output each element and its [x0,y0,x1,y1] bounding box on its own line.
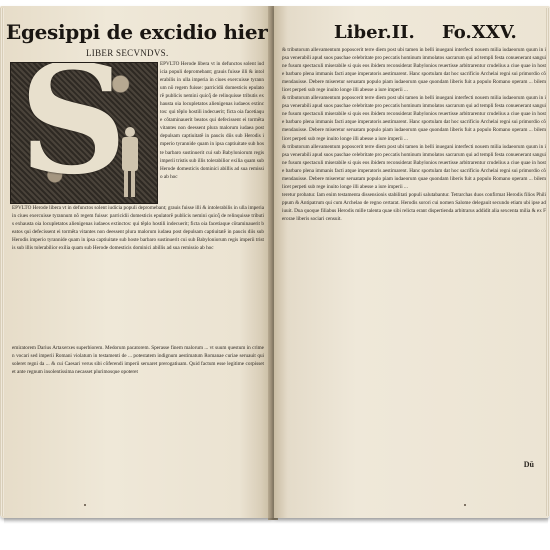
folio-number: Fo.XXV. [442,22,517,43]
standing-figure-illustration [119,127,141,199]
left-closing-text-block: emiratorem Darius Artaxerxes superbiorem… [12,344,264,444]
decorated-initial-woodcut: S [10,62,158,204]
paper-speck [464,504,466,506]
left-page: Egesippi de excidio hierosolymitano. LIB… [0,6,272,518]
book-shadow [4,518,548,524]
right-opening-text: & tributorum allevamentum poposcerit ter… [282,46,546,94]
right-page: Liber.II. Fo.XXV. & tributorum allevamen… [274,6,550,518]
right-repeat-text-2: & tributorum allevamentum poposcerit ter… [282,143,546,191]
paper-speck [84,504,86,506]
page-edges [0,8,4,516]
right-main-text-block: & tributorum allevamentum poposcerit ter… [282,46,546,450]
left-running-head: Egesippi de excidio hierosolymitano. [6,20,272,44]
right-repeat-text: & tributorum allevamentum poposcerit ter… [282,94,546,142]
left-body-text: EPVLTO Herode libera vt in defunctos sol… [12,204,264,252]
initial-letter: S [19,62,127,195]
left-continuing-text: emiratorem Darius Artaxerxes superbiorem… [12,344,264,376]
right-closing-text: teretur probatur. Iam enim testamenta di… [282,191,546,223]
left-opening-text: EPVLTO Herode libera vt in defunctos sol… [160,60,264,181]
open-book: Egesippi de excidio hierosolymitano. LIB… [0,6,550,526]
left-column-beside-initial: EPVLTO Herode libera vt in defunctos sol… [160,60,264,206]
right-running-head-book: Liber.II. [334,22,415,43]
left-main-text-block: EPVLTO Herode libera vt in defunctos sol… [12,204,264,344]
book-section-title: LIBER SECVNDVS. [86,48,169,58]
catchword: Dū [524,460,534,469]
page-edges [546,8,550,516]
